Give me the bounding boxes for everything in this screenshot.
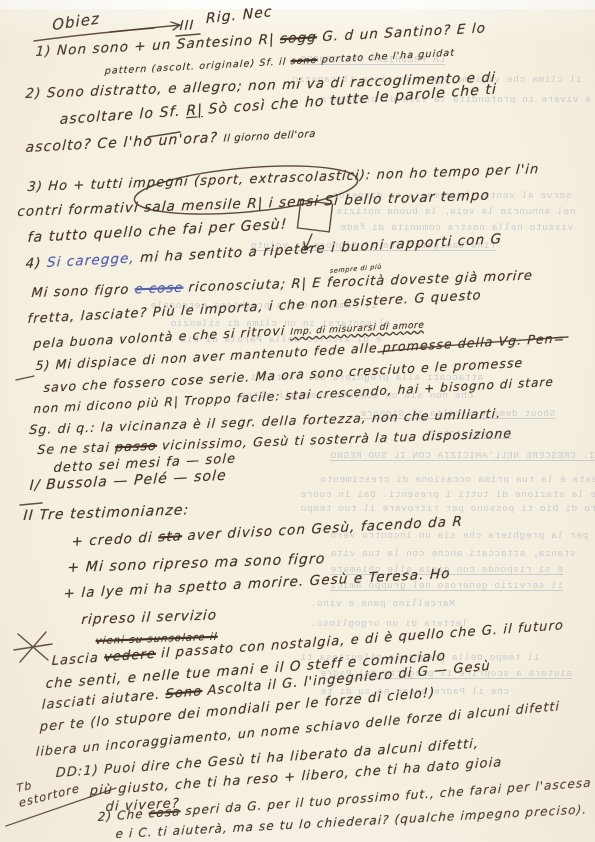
handwritten-line: ripreso il servizio — [81, 607, 218, 628]
handwritten-line: fa tutto quello che fai per Gesù! — [27, 216, 288, 246]
handwritten-segment: Mi sono figro — [31, 282, 135, 301]
heading-word: Obiez — [52, 9, 100, 34]
handwritten-line: II Tre testimonianze: — [23, 502, 190, 524]
handwritten-segment: pattern (ascolt. originale) Sf. il — [104, 56, 290, 77]
handwritten-segment: sono — [290, 55, 318, 67]
handwriting-layer: Obiez III Rig. Nec Tb estortore pattern … — [0, 0, 595, 842]
handwritten-segment: ascoltare lo Sf. — [59, 103, 186, 128]
heading-numeral: III — [179, 18, 195, 34]
handwritten-segment: II Tre testimonianze: — [23, 502, 190, 524]
handwritten-segment: R| — [186, 102, 203, 119]
handwritten-segment: 2) Che — [98, 806, 149, 824]
handwritten-segment: ripreso il servizio — [81, 607, 218, 628]
handwritten-segment: aver diviso con Gesù, facendo da R — [182, 513, 464, 544]
handwritten-segment: sta — [158, 528, 183, 545]
handwritten-segment: cosa — [148, 804, 180, 820]
handwritten-line: ascolto? Ce l'ho un'ora? Il giorno dell'… — [25, 125, 316, 156]
handwritten-segment: vedere — [104, 647, 156, 666]
handwritten-segment: Si caregge, — [47, 250, 136, 271]
handwritten-segment: Imp. di misurarsi di amore — [290, 321, 425, 338]
handwritten-segment: Sono — [165, 684, 202, 702]
handwritten-segment: lasciati aiutare. — [42, 687, 166, 713]
handwritten-segment: fa tutto quello che fai per Gesù! — [27, 216, 288, 246]
handwritten-segment: Lascia — [51, 650, 104, 669]
heading-label: Rig. Nec — [206, 4, 273, 27]
handwritten-segment: ascolto? Ce l'ho un'ora? — [25, 130, 224, 156]
handwritten-segment: 4) — [25, 255, 47, 272]
handwritten-segment: sogg — [280, 29, 318, 47]
handwritten-segment: 1) Non sono + un Santesino R| — [35, 31, 280, 60]
handwritten-segment: G. d un Santino? E lo — [316, 20, 486, 45]
handwritten-segment: Il giorno dell'ora — [223, 129, 316, 145]
handwritten-line: + Mi sono ripreso ma sono figro — [67, 551, 326, 576]
handwritten-segment: portato che l'ha guidat — [317, 48, 455, 66]
handwritten-segment: passo — [115, 438, 158, 455]
handwritten-segment: Se ne stai — [37, 439, 116, 457]
handwritten-segment: e cose — [134, 281, 184, 298]
handwritten-segment: + credo di — [71, 529, 158, 550]
handwritten-segment: + Mi sono ripreso ma sono figro — [67, 551, 326, 576]
manuscript-page: LA PREGHIERA DEL GRUPPOil clima che vivi… — [0, 0, 595, 842]
